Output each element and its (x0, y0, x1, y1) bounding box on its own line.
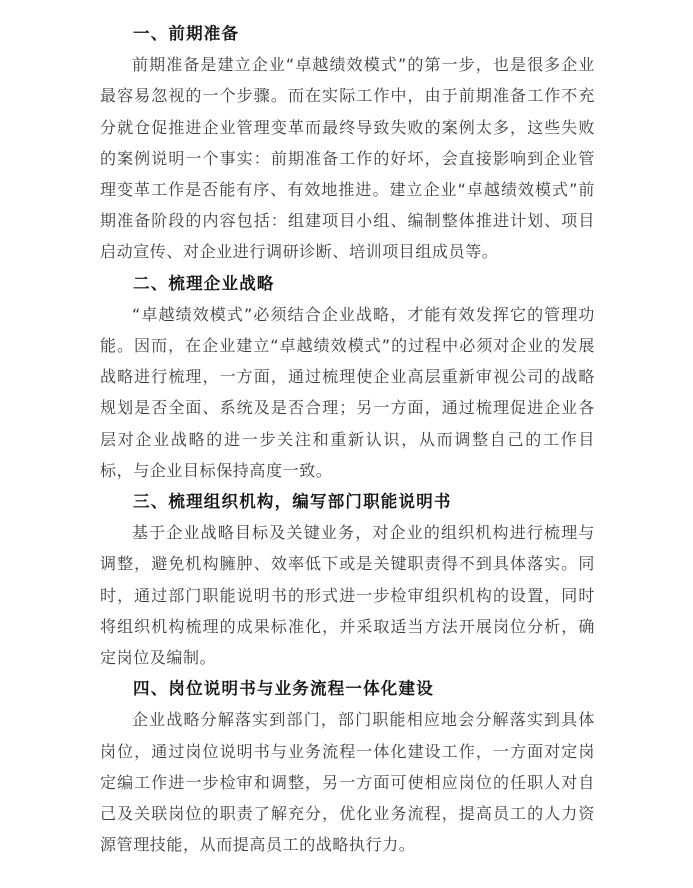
section-heading: 二、梳理企业战略 (100, 268, 595, 299)
section-preparation: 一、前期准备 前期准备是建立企业“卓越绩效模式”的第一步，也是很多企业最容易忽视… (100, 18, 595, 268)
section-paragraph: 基于企业战略目标及关键业务，对企业的组织机构进行梳理与调整，避免机构臃肿、效率低… (100, 517, 595, 673)
section-job-description: 四、岗位说明书与业务流程一体化建设 企业战略分解落实到部门，部门职能相应地会分解… (100, 673, 595, 860)
section-paragraph: 前期准备是建立企业“卓越绩效模式”的第一步，也是很多企业最容易忽视的一个步骤。而… (100, 49, 595, 267)
section-heading: 四、岗位说明书与业务流程一体化建设 (100, 673, 595, 704)
section-paragraph: 企业战略分解落实到部门，部门职能相应地会分解落实到具体岗位，通过岗位说明书与业务… (100, 704, 595, 860)
section-organization: 三、梳理组织机构，编写部门职能说明书 基于企业战略目标及关键业务，对企业的组织机… (100, 486, 595, 673)
document-page: 一、前期准备 前期准备是建立企业“卓越绩效模式”的第一步，也是很多企业最容易忽视… (0, 0, 693, 888)
section-heading: 一、前期准备 (100, 18, 595, 49)
section-paragraph: “卓越绩效模式”必须结合企业战略，才能有效发挥它的管理功能。因而，在企业建立“卓… (100, 299, 595, 486)
section-strategy: 二、梳理企业战略 “卓越绩效模式”必须结合企业战略，才能有效发挥它的管理功能。因… (100, 268, 595, 486)
section-heading: 三、梳理组织机构，编写部门职能说明书 (100, 486, 595, 517)
